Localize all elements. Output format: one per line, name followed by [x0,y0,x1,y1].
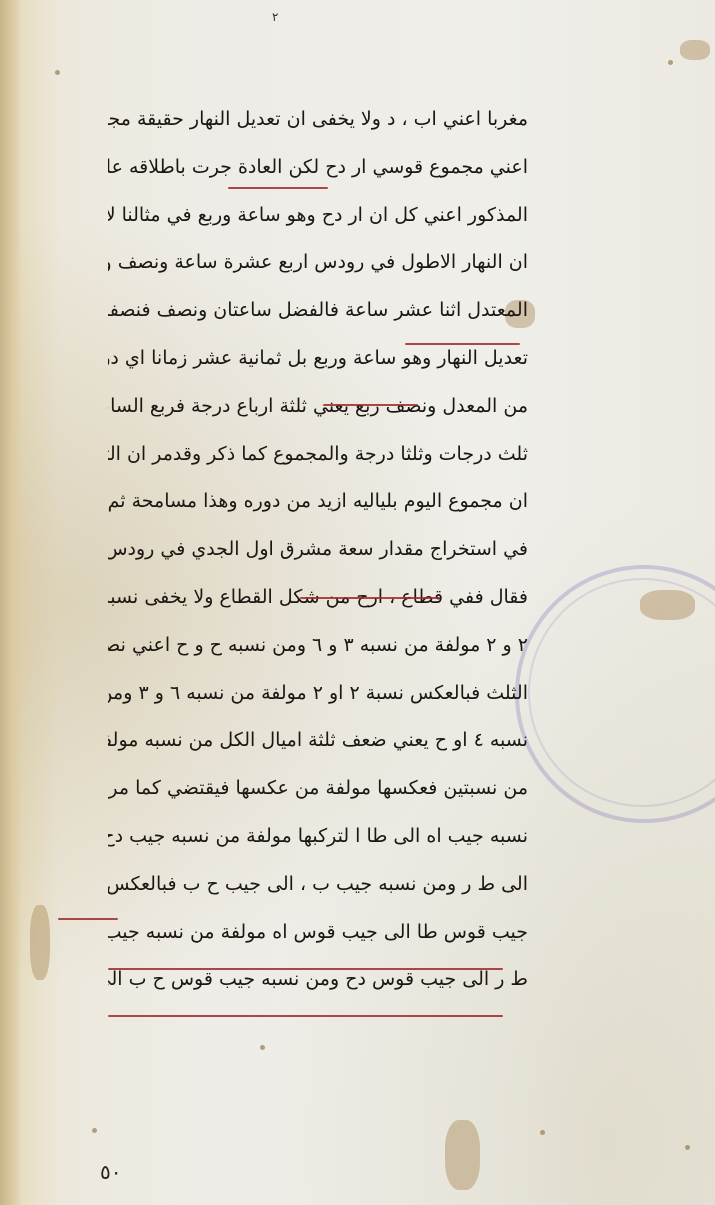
wormhole [685,1145,690,1150]
wormhole [55,70,60,75]
stain [680,40,710,60]
text-line: نسبه ٤ او ح يعني ضعف ثلثة اميال الكل من … [108,717,528,765]
text-line: الى ط ر ومن نسبه جيب ب ، الى جيب ح ب فبا… [108,861,528,909]
text-line: المذكور اعني كل ان ار دح وهو ساعة وربع ف… [108,192,528,240]
folio-number: ٥٠ [100,1160,121,1184]
rubric-underline [323,404,418,406]
rubric-underline [228,187,328,189]
wormhole [540,1130,545,1135]
rubric-underline [108,1015,503,1017]
top-mark: ٢ [272,10,278,24]
text-line: نسبه جيب اه الى طا ا لتركبها مولفة من نس… [108,813,528,861]
text-line: ٢ و ٢ مولفة من نسبه ٣ و ٦ ومن نسبه ح و ح… [108,622,528,670]
stain [640,590,695,620]
text-line: ان مجموع اليوم بلياليه ازيد من دوره وهذا… [108,478,528,526]
text-line: في استخراج مقدار سعة مشرق اول الجدي في ر… [108,526,528,574]
text-line: من نسبتين فعكسها مولفة من عكسها فيقتضي ك… [108,765,528,813]
rubric-underline [108,968,503,970]
text-line: مغربا اعني اب ، د ولا يخفى ان تعديل النه… [108,96,528,144]
stain [445,1120,480,1190]
text-line: من المعدل ونصف ربع يعني ثلثة ارباع درجة … [108,383,528,431]
rubric-underline [300,597,440,599]
text-line: اعني مجموع قوسي ار دح لكن العادة جرت باط… [108,144,528,192]
manuscript-text-block: مغربا اعني اب ، د ولا يخفى ان تعديل النه… [108,96,528,1004]
rubric-underline [58,918,118,920]
manuscript-page: ٢ مغربا اعني اب ، د ولا يخفى ان تعديل ال… [0,0,715,1205]
text-line: جيب قوس طا الى جيب قوس اه مولفة من نسبه … [108,909,528,957]
text-line: الثلث فبالعكس نسبة ٢ او ٢ مولفة من نسبه … [108,670,528,718]
page-gutter [0,0,22,1205]
rubric-underline [405,343,520,345]
wormhole [92,1128,97,1133]
text-line: المعتدل اثنا عشر ساعة فالفضل ساعتان ونصف… [108,287,528,335]
wormhole [668,60,673,65]
stain [30,905,50,980]
text-line: ان النهار الاطول في رودس اربع عشرة ساعة … [108,239,528,287]
text-line: ط ر الى جيب قوس دح ومن نسبه جيب قوس ح ب … [108,956,528,1004]
wormhole [260,1045,265,1050]
text-line: ثلث درجات وثلثا درجة والمجموع كما ذكر وق… [108,431,528,479]
